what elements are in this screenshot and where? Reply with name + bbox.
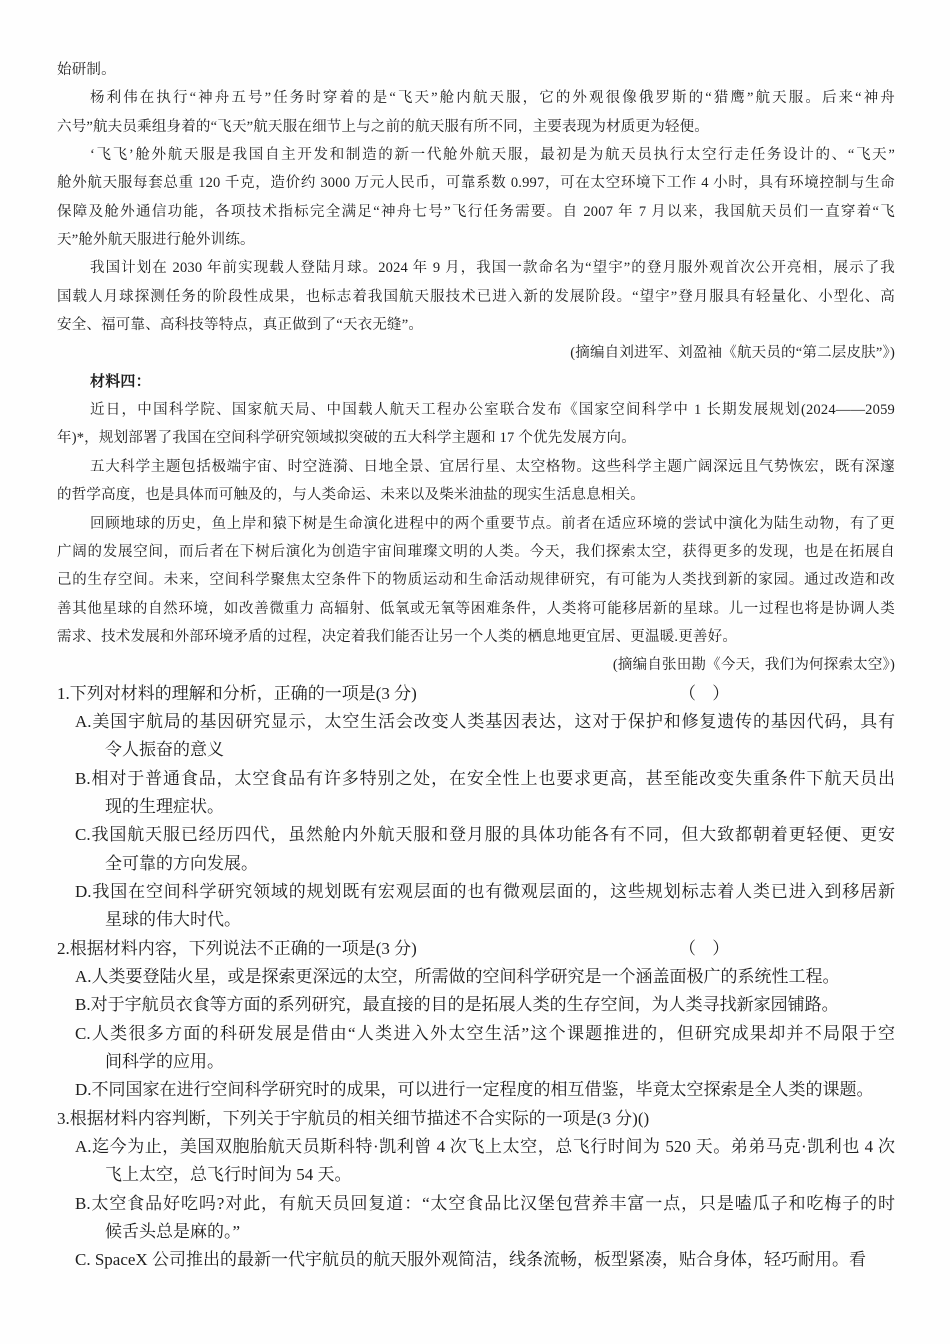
option-continuation: 全可靠的方向发展。 (57, 850, 895, 878)
source-attribution: (摘编自张田勘《今天，我们为何探索太空》) (57, 651, 895, 679)
material-heading: 材料四： (57, 368, 895, 396)
body-text-line: 己的生存空间。未来，空间科学聚焦太空条件下的物质运动和生命活动规律研究，有可能为… (57, 566, 895, 594)
option-continuation: 候舌头总是麻的。” (57, 1218, 895, 1246)
question-stem: 2.根据材料内容，下列说法不正确的一项是(3 分)（ ） (57, 935, 895, 963)
option-item: C.人类很多方面的科研发展是借由“人类进入外太空生活”这个课题推进的，但研究成果… (57, 1020, 895, 1048)
question-stem: 3.根据材料内容判断，下列关于宇航员的相关细节描述不合实际的一项是(3 分)() (57, 1105, 895, 1133)
source-attribution: (摘编自刘进军、刘盈袖《航天员的“第二层皮肤”》) (57, 339, 895, 367)
body-text-line: 保障及舱外通信功能，各项技术指标完全满足“神舟七号”飞行任务需要。自 2007 … (57, 198, 895, 226)
body-text-line: 安全、福可靠、高科技等特点，真正做到了“天衣无缝”。 (57, 311, 895, 339)
body-text-line: 的哲学高度，也是具体而可触及的，与人类命运、未来以及柴米油盐的现实生活息息相关。 (57, 481, 895, 509)
exam-page: 始研制。杨利伟在执行“神舟五号”任务时穿着的是“飞天”舱内航天服，它的外观很像俄… (0, 0, 950, 1344)
answer-bracket: （ ） (679, 935, 735, 963)
option-item: A.美国宇航局的基因研究显示，太空生活会改变人类基因表达，这对于保护和修复遗传的… (57, 708, 895, 736)
body-text-line: 年)*，规划部署了我国在空间科学研究领域拟突破的五大科学主题和 17 个优先发展… (57, 424, 895, 452)
option-continuation: 星球的伟大时代。 (57, 906, 895, 934)
option-continuation: 飞上太空，总飞行时间为 54 天。 (57, 1161, 895, 1189)
option-item: C.我国航天服已经历四代，虽然舱内外航天服和登月服的具体功能各有不同，但大致都朝… (57, 821, 895, 849)
option-item: B.相对于普通食品，太空食品有许多特别之处，在安全性上也要求更高，甚至能改变失重… (57, 765, 895, 793)
body-text-line: 国载人月球探测任务的阶段性成果，也标志着我国航天服技术已进入新的发展阶段。“望宇… (57, 283, 895, 311)
option-continuation: 现的生理症状。 (57, 793, 895, 821)
body-text-line: 广阔的发展空间，而后者在下树后演化为创造宇宙间璀璨文明的人类。今天，我们探索太空… (57, 538, 895, 566)
option-item: C. SpaceX 公司推出的最新一代宇航员的航天服外观简洁，线条流畅，板型紧凑… (57, 1246, 895, 1274)
option-item: B.对于宇航员衣食等方面的系列研究，最直接的目的是拓展人类的生存空间，为人类寻找… (57, 991, 895, 1019)
option-continuation: 间科学的应用。 (57, 1048, 895, 1076)
option-item: B.太空食品好吃吗?对此，有航天员回复道：“太空食品比汉堡包营养丰富一点，只是嗑… (57, 1190, 895, 1218)
option-continuation: 令人振奋的意义 (57, 736, 895, 764)
body-text-line: ‘飞飞’舱外航天服是我国自主开发和制造的新一代舱外航天服，最初是为航天员执行太空… (57, 141, 895, 169)
body-text-line: 回顾地球的历史，鱼上岸和猿下树是生命演化进程中的两个重要节点。前者在适应环境的尝… (57, 510, 895, 538)
option-item: A.迄今为止，美国双胞胎航天员斯科特·凯利曾 4 次飞上太空，总飞行时间为 52… (57, 1133, 895, 1161)
body-text-line: 杨利伟在执行“神舟五号”任务时穿着的是“飞天”舱内航天服，它的外观很像俄罗斯的“… (57, 84, 895, 112)
body-text-line: 六号”航夫员乘组身着的“飞天”航天服在细节上与之前的航天服有所不同，主要表现为材… (57, 113, 895, 141)
question-stem: 1.下列对材料的理解和分析，正确的一项是(3 分)（ ） (57, 680, 895, 708)
option-item: A.人类要登陆火星，或是探索更深远的太空，所需做的空间科学研究是一个涵盖面极广的… (57, 963, 895, 991)
option-item: D.不同国家在进行空间科学研究时的成果，可以进行一定程度的相互借鉴，毕竟太空探索… (57, 1076, 895, 1104)
document-body: 始研制。杨利伟在执行“神舟五号”任务时穿着的是“飞天”舱内航天服，它的外观很像俄… (57, 56, 895, 1275)
body-text-line: 五大科学主题包括极端宇宙、时空涟漪、日地全景、宜居行星、太空格物。这些科学主题广… (57, 453, 895, 481)
body-text-line: 我国计划在 2030 年前实现载人登陆月球。2024 年 9 月，我国一款命名为… (57, 254, 895, 282)
body-text-line: 需求、技术发展和外部环境矛盾的过程，决定着我们能否让另一个人类的栖息地更宜居、更… (57, 623, 895, 651)
option-item: D.我国在空间科学研究领域的规划既有宏观层面的也有微观层面的，这些规划标志着人类… (57, 878, 895, 906)
body-text-line: 天”舱外航天服进行舱外训练。 (57, 226, 895, 254)
body-text-line: 近日，中国科学院、国家航天局、中国载人航天工程办公室联合发布《国家空间科学中 1… (57, 396, 895, 424)
answer-bracket: （ ） (679, 680, 735, 708)
body-text-line: 善其他星球的自然环境，如改善微重力 高辐射、低氧或无氧等困难条件，人类将可能移居… (57, 595, 895, 623)
body-text-line: 舱外航天服每套总重 120 千克，造价约 3000 万元人民币，可靠系数 0.9… (57, 169, 895, 197)
body-text-line: 始研制。 (57, 56, 895, 84)
